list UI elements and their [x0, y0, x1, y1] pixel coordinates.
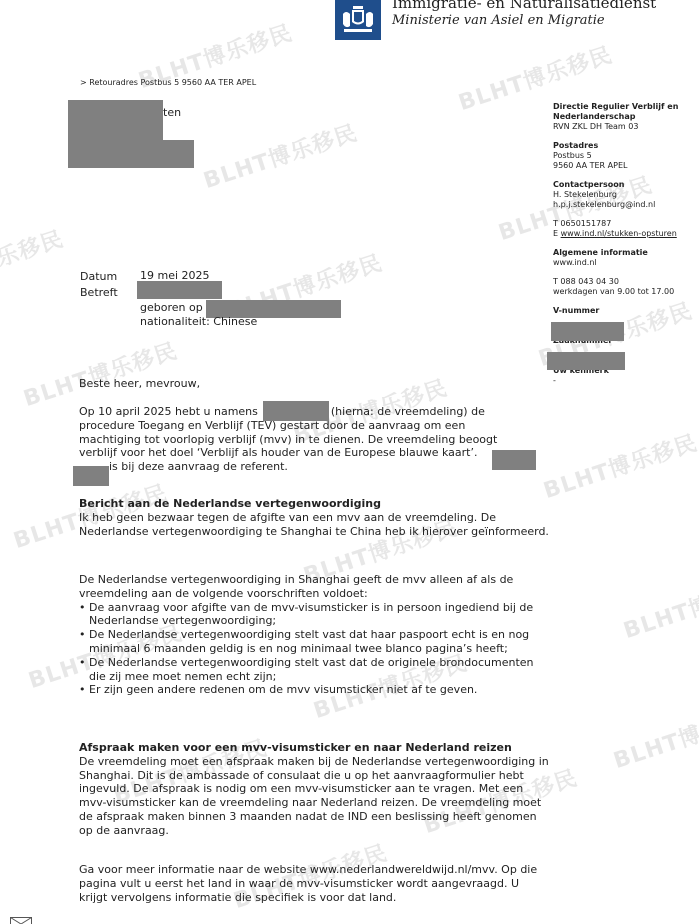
watermark: BLHT博乐移民: [539, 426, 699, 505]
contact-phone: T 0650151787: [553, 219, 699, 229]
redacted-subject: [137, 281, 222, 299]
section-heading: Afspraak maken voor een mvv-visumsticker…: [79, 741, 549, 755]
redacted-v-number: [551, 322, 624, 341]
more-info-paragraph: Ga voor meer informatie naar de website …: [79, 863, 549, 904]
redacted-name: [492, 450, 536, 470]
redacted-name: [263, 401, 329, 421]
section-heading: Bericht aan de Nederlandse vertegenwoord…: [79, 497, 549, 511]
contact-label: Contactpersoon: [553, 180, 699, 190]
watermark: BLHT博乐移民: [619, 566, 699, 645]
general-phone: T 088 043 04 30: [553, 277, 699, 287]
section-text: Ik heb geen bezwaar tegen de afgifte van…: [79, 511, 549, 539]
nationality: nationaliteit: Chinese: [140, 315, 257, 328]
general-hours: werkdagen van 9.00 tot 17.00: [553, 287, 699, 297]
condition-item: De aanvraag voor afgifte van de mvv-visu…: [79, 601, 549, 629]
department-name-2: Nederlanderschap: [553, 112, 699, 122]
team-name: RVN ZKL DH Team 03: [553, 122, 699, 132]
contact-link-row: E www.ind.nl/stukken-opsturen: [553, 229, 699, 239]
your-reference-value: -: [553, 376, 699, 386]
condition-item: De Nederlandse vertegenwoordiging stelt …: [79, 628, 549, 656]
contact-name: H. Stekelenburg: [553, 190, 699, 200]
contact-email[interactable]: h.p.j.stekelenburg@ind.nl: [553, 200, 699, 210]
recipient-name-fragment: ten: [163, 106, 181, 119]
section-text: Ga voor meer informatie naar de website …: [79, 863, 549, 904]
contact-link-prefix: E: [553, 229, 558, 238]
conditions-intro: De Nederlandse vertegenwoordiging in Sha…: [79, 573, 549, 601]
intro-text: verblijf voor het doel ‘Verblijf als hou…: [79, 446, 549, 460]
stukken-opsturen-link[interactable]: www.ind.nl/stukken-opsturen: [561, 229, 677, 238]
redacted-name: [73, 466, 109, 486]
intro-text: machtiging tot voorlopig verblijf (mvv) …: [79, 433, 549, 447]
general-info-label: Algemene informatie: [553, 248, 699, 258]
section-text: De vreemdeling moet een afspraak maken b…: [79, 755, 549, 838]
conditions-block: De Nederlandse vertegenwoordiging in Sha…: [79, 573, 549, 697]
v-number-label: V-nummer: [553, 306, 699, 316]
redacted-block: [68, 100, 163, 140]
condition-item: De Nederlandse vertegenwoordiging stelt …: [79, 656, 549, 684]
salutation: Beste heer, mevrouw,: [79, 377, 549, 391]
organization-name: Immigratie- en Naturalisatiedienst: [392, 0, 656, 12]
dutch-coat-of-arms-icon: [335, 0, 381, 40]
watermark: 乐移民: [0, 222, 67, 273]
envelope-icon: [10, 914, 30, 924]
department-name-1: Directie Regulier Verblijf en: [553, 102, 699, 112]
subject-label: Betreft: [80, 286, 118, 299]
postadres-line: Postbus 5: [553, 151, 699, 161]
intro-text: Op 10 april 2025 hebt u namens: [79, 405, 258, 418]
watermark: BLHT博乐移民: [609, 696, 699, 775]
postadres-line: 9560 AA TER APEL: [553, 161, 699, 171]
watermark: BLHT博乐移民: [19, 334, 181, 413]
ministry-name: Ministerie van Asiel en Migratie: [392, 13, 605, 28]
condition-item: Er zijn geen andere redenen om de mvv vi…: [79, 683, 549, 697]
redacted-case-number: [547, 352, 625, 370]
return-address: > Retouradres Postbus 5 9560 AA TER APEL: [80, 78, 256, 87]
redacted-block: [68, 140, 194, 168]
intro-text: (hierna: de vreemdeling) de: [331, 405, 485, 418]
section-embassy-notice: Bericht aan de Nederlandse vertegenwoord…: [79, 497, 549, 538]
date-label: Datum: [80, 270, 117, 283]
watermark: BLHT博乐移民: [199, 116, 361, 195]
sender-info-sidebar: Directie Regulier Verblijf en Nederlande…: [553, 102, 699, 386]
general-site[interactable]: www.ind.nl: [553, 258, 699, 268]
postadres-label: Postadres: [553, 141, 699, 151]
born-label: geboren op: [140, 301, 203, 314]
conditions-list: De aanvraag voor afgifte van de mvv-visu…: [79, 601, 549, 698]
intro-text: is bij deze aanvraag de referent.: [79, 460, 549, 474]
section-appointment: Afspraak maken voor een mvv-visumsticker…: [79, 741, 549, 838]
